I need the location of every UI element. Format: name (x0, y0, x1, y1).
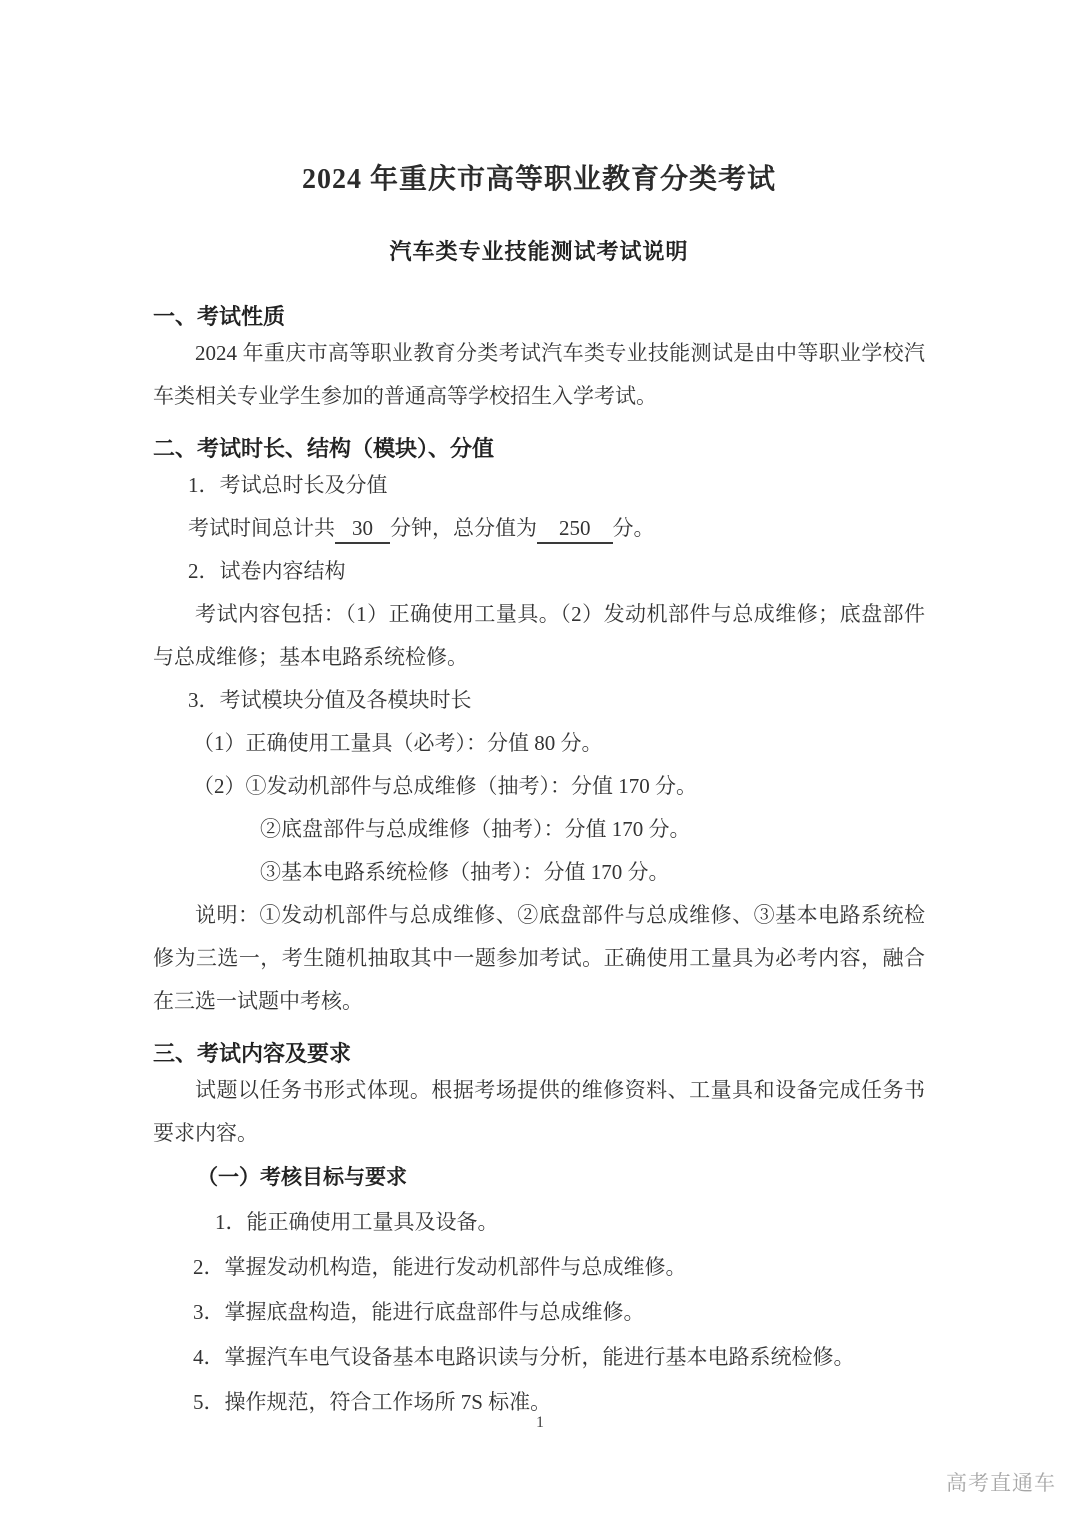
section2-note: 说明：①发动机部件与总成维修、②底盘部件与总成维修、③基本电路系统检修为三选一，… (153, 894, 925, 1023)
document-content: 2024 年重庆市高等职业教育分类考试 汽车类专业技能测试考试说明 一、考试性质… (153, 160, 925, 1425)
module-engine-line: （2）①发动机部件与总成维修（抽考）：分值 170 分。 (153, 765, 925, 808)
duration-minutes-value: 30 (335, 514, 390, 544)
goal-item-3: 3．掌握底盘构造，能进行底盘部件与总成维修。 (153, 1290, 925, 1335)
section1-heading: 一、考试性质 (153, 302, 925, 332)
section3-sub-heading: （一）考核目标与要求 (153, 1155, 925, 1200)
goal-item-2: 2．掌握发动机构造，能进行发动机部件与总成维修。 (153, 1245, 925, 1290)
section2-item1-title: 1．考试总时长及分值 (153, 464, 925, 507)
page-number: 1 (0, 1412, 1080, 1434)
section2-item3-title: 3．考试模块分值及各模块时长 (153, 679, 925, 722)
module-required-line: （1）正确使用工量具（必考）：分值 80 分。 (153, 722, 925, 765)
section3-body: 试题以任务书形式体现。根据考场提供的维修资料、工量具和设备完成任务书要求内容。 (153, 1069, 925, 1155)
module-circuit-line: ③基本电路系统检修（抽考）：分值 170 分。 (153, 851, 925, 894)
goal-item-4: 4．掌握汽车电气设备基本电路识读与分析，能进行基本电路系统检修。 (153, 1335, 925, 1380)
duration-pre: 考试时间总计共 (188, 516, 335, 540)
document-title-line2: 汽车类专业技能测试考试说明 (153, 236, 925, 268)
section2-item2-body: 考试内容包括：（1）正确使用工量具。（2）发动机部件与总成维修；底盘部件与总成维… (153, 593, 925, 679)
duration-post: 分。 (613, 516, 655, 540)
goal-item-1: 1．能正确使用工量具及设备。 (153, 1200, 925, 1245)
module-chassis-line: ②底盘部件与总成维修（抽考）：分值 170 分。 (153, 808, 925, 851)
section3-heading: 三、考试内容及要求 (153, 1039, 925, 1069)
document-page: 2024 年重庆市高等职业教育分类考试 汽车类专业技能测试考试说明 一、考试性质… (0, 0, 1080, 1527)
watermark-text: 高考直通车 (946, 1470, 1056, 1498)
section2-duration-line: 考试时间总计共30分钟，总分值为250分。 (153, 507, 925, 550)
duration-mid: 分钟，总分值为 (390, 516, 537, 540)
section2-item2-title: 2．试卷内容结构 (153, 550, 925, 593)
document-title-line1: 2024 年重庆市高等职业教育分类考试 (153, 160, 925, 200)
section2-heading: 二、考试时长、结构（模块）、分值 (153, 434, 925, 464)
section1-body: 2024 年重庆市高等职业教育分类考试汽车类专业技能测试是由中等职业学校汽车类相… (153, 332, 925, 418)
duration-score-value: 250 (537, 514, 613, 544)
